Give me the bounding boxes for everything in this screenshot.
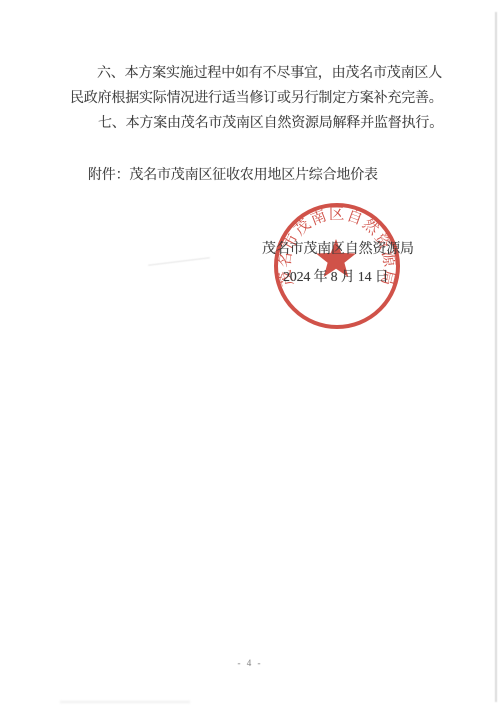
- scan-smudge-bottom: [60, 701, 190, 703]
- body-line-item7: 七、本方案由茂名市茂南区自然资源局解释并监督执行。: [98, 115, 443, 133]
- body-line-item6-cont: 民政府根据实际情况进行适当修订或另行制定方案补充完善。: [70, 90, 443, 108]
- signature-date: 2024 年 8 月 14 日: [283, 269, 389, 287]
- scanned-document-page: 茂名市茂南区自然资源局 六、本方案实施过程中如有不尽事宜，由茂名市茂南区人 民政…: [0, 0, 500, 707]
- scan-page-edge: [495, 12, 497, 702]
- attachment-line: 附件：茂名市茂南区征收农用地区片综合地价表: [88, 167, 378, 185]
- body-line-item6: 六、本方案实施过程中如有不尽事宜，由茂名市茂南区人: [97, 65, 442, 83]
- page-number: - 4 -: [0, 658, 500, 668]
- scan-smudge: [148, 257, 210, 266]
- signature-agency: 茂名市茂南区自然资源局: [262, 241, 414, 259]
